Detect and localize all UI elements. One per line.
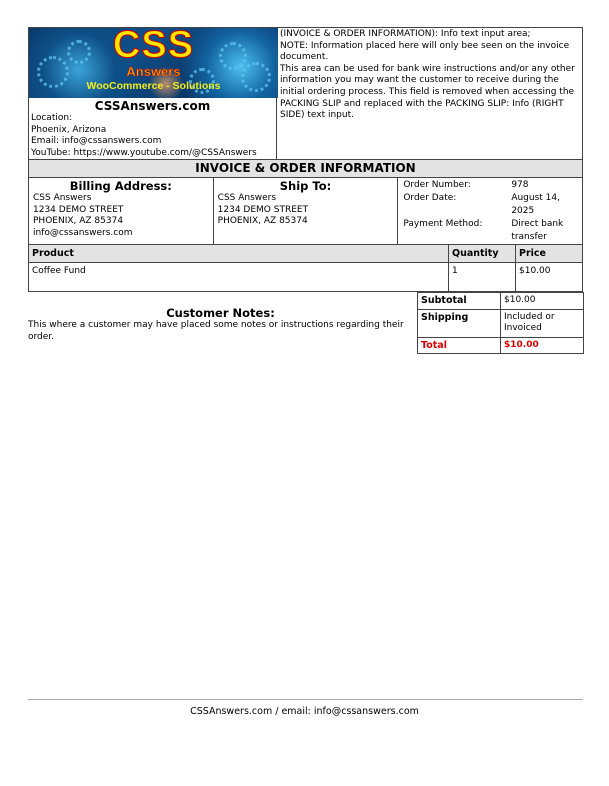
- summary-area: Customer Notes: This where a customer ma…: [28, 292, 583, 362]
- section-title: INVOICE & ORDER INFORMATION: [29, 160, 583, 178]
- billing-line: PHOENIX, AZ 85374: [33, 216, 211, 228]
- company-contact: Location: Phoenix, Arizona Email: info@c…: [29, 113, 276, 159]
- company-youtube: YouTube: https://www.youtube.com/@CSSAns…: [31, 148, 274, 160]
- product-quantity: 1: [449, 263, 516, 292]
- product-name: Coffee Fund: [29, 263, 449, 292]
- shipping-lines: CSS Answers 1234 DEMO STREET PHOENIX, AZ…: [216, 193, 396, 228]
- shipping-line: PHOENIX, AZ 85374: [218, 216, 396, 228]
- totals-table: Subtotal $10.00 Shipping Included or Inv…: [417, 292, 584, 354]
- company-email: Email: info@cssanswers.com: [31, 136, 274, 148]
- footer-text: CSSAnswers.com / email: info@cssanswers.…: [0, 706, 609, 717]
- info-line: (INVOICE & ORDER INFORMATION): Info text…: [280, 29, 579, 41]
- billing-line: CSS Answers: [33, 193, 211, 205]
- table-row: Coffee Fund 1 $10.00: [29, 263, 583, 292]
- location: Phoenix, Arizona: [31, 125, 274, 137]
- info-line: This area can be used for bank wire inst…: [280, 64, 579, 122]
- invoice-info-text: (INVOICE & ORDER INFORMATION): Info text…: [277, 28, 583, 160]
- header-table: CSS Answers WooCommerce - Solutions CSSA…: [28, 27, 583, 160]
- notes-title: Customer Notes:: [28, 306, 413, 320]
- quantity-header: Quantity: [449, 245, 516, 263]
- info-line: NOTE: Information placed here will only …: [280, 41, 579, 64]
- total-label: Total: [418, 337, 501, 354]
- logo-subtitle: Answers: [29, 64, 278, 79]
- site-name: CSSAnswers.com: [29, 99, 276, 113]
- shipping-label: Shipping: [418, 309, 501, 337]
- shipping-title: Ship To:: [216, 180, 396, 193]
- shipping-address: Ship To: CSS Answers 1234 DEMO STREET PH…: [213, 178, 398, 245]
- shipping-line: 1234 DEMO STREET: [218, 205, 396, 217]
- order-details: Order Number: 978 Order Date: August 14,…: [398, 178, 583, 245]
- order-date-label: Order Date:: [403, 192, 511, 218]
- products-table: Product Quantity Price Coffee Fund 1 $10…: [28, 244, 583, 292]
- shipping-value: Included or Invoiced: [501, 309, 584, 337]
- order-date: August 14, 2025: [511, 192, 577, 218]
- payment-method-label: Payment Method:: [403, 218, 511, 244]
- subtotal-label: Subtotal: [418, 293, 501, 310]
- billing-line: info@cssanswers.com: [33, 228, 211, 240]
- order-info-table: INVOICE & ORDER INFORMATION Billing Addr…: [28, 159, 583, 245]
- price-header: Price: [516, 245, 583, 263]
- payment-method: Direct bank transfer: [511, 218, 577, 244]
- product-header: Product: [29, 245, 449, 263]
- footer-divider: [28, 699, 583, 700]
- customer-notes: Customer Notes: This where a customer ma…: [28, 306, 413, 343]
- invoice-page: CSS Answers WooCommerce - Solutions CSSA…: [28, 27, 583, 362]
- logo-title: CSS: [29, 28, 278, 67]
- billing-line: 1234 DEMO STREET: [33, 205, 211, 217]
- subtotal-value: $10.00: [501, 293, 584, 310]
- shipping-line: CSS Answers: [218, 193, 396, 205]
- billing-lines: CSS Answers 1234 DEMO STREET PHOENIX, AZ…: [31, 193, 211, 239]
- total-value: $10.00: [501, 337, 584, 354]
- order-number: 978: [511, 179, 577, 192]
- order-number-label: Order Number:: [403, 179, 511, 192]
- company-logo: CSS Answers WooCommerce - Solutions: [29, 28, 278, 98]
- product-price: $10.00: [516, 263, 583, 292]
- notes-text: This where a customer may have placed so…: [28, 320, 413, 343]
- logo-tagline: WooCommerce - Solutions: [29, 80, 278, 92]
- company-info: CSS Answers WooCommerce - Solutions CSSA…: [29, 28, 277, 160]
- billing-title: Billing Address:: [31, 180, 211, 193]
- location-label: Location:: [31, 113, 274, 125]
- billing-address: Billing Address: CSS Answers 1234 DEMO S…: [29, 178, 214, 245]
